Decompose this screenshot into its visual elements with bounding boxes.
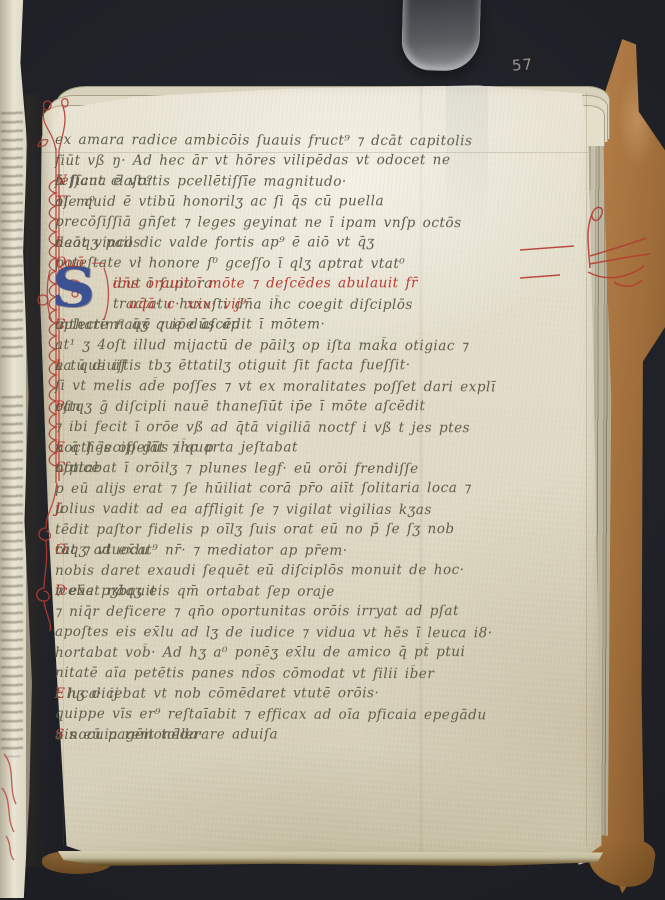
ink-text: poteſtate vł honore ſ⁰ gceſſo ī qlʒ aptr… <box>55 255 405 272</box>
ink-text: x q̄ hēs op dūs ih̄c p <box>55 439 214 455</box>
ink-text: quippe vīs er⁹ reſtaīabit ⁊ efficax ad o… <box>55 706 487 723</box>
facing-page-rubric-icon <box>0 748 26 863</box>
ink-text: nottabat ī orōilʒ ⁊ plunes legf· eū orōi… <box>55 460 419 477</box>
manuscript-line: poteſtate vł honore ſ⁰ gceſſo ī qlʒ aptr… <box>55 255 591 277</box>
manuscript-line: tēdit paſtor fidelis p oīlʒ ſuis orat eū… <box>55 520 591 542</box>
ink-text: precōſiſſiā gn̄ſet ⁊ leges geyinat ne ī … <box>55 214 462 231</box>
manuscript-line: noctf jeciſſejāt ⁊ quarta jeſtabat Ex q̄… <box>55 438 591 460</box>
manuscript-line: fiūt vß ŋ· Ad hec ār vt hōres vilipēdas … <box>55 151 591 173</box>
manuscript-line: naāt vincos Ideoqʒ pail dic valde fortis… <box>55 233 591 255</box>
manuscript-line: inthare nauē ⁊ ip̄e aſcēdit ī mōtem· Cap… <box>55 315 591 337</box>
manuscript-line: nobis daret exaudi ſequēt eū diſciplōs m… <box>55 561 591 583</box>
rubric-text: aq̄ā· c· xxx· vij⁹ <box>129 296 247 312</box>
facing-page-text-blur <box>1 108 23 363</box>
margin-flourish-icon <box>518 198 658 310</box>
ink-text: at¹ ʒ 4oſt illud mijactū de pāilʒ op iſt… <box>55 337 469 354</box>
manuscript-line: p eū alijs erat ⁊ ſe hūiliat corā pr̄o a… <box>55 479 591 501</box>
ink-text: nobis daret exaudi ſequēt eū diſciplōs m… <box>55 562 465 579</box>
manuscript-line: ſolius vadit ad ea affligit ſe ⁊ vigilat… <box>55 501 591 523</box>
text-block: ex amara radice ambicōis ſuauis fruct⁹ ⁊… <box>55 132 591 747</box>
tab-reflection <box>446 86 488 236</box>
ink-text: p eū alijs erat ⁊ ſe hūiliat corā pr̄o a… <box>55 480 471 497</box>
manuscript-line: ⁊ niq̄r deficere ⁊ qn̄o oportunitas orōi… <box>55 602 591 624</box>
ink-text: ſolius vadit ad ea affligit ſe ⁊ vigilat… <box>55 501 432 518</box>
manuscript-line: tractatu huiuſti dn̄a ih̄c coegit diſcip… <box>55 296 591 318</box>
ink-text: deoqʒ pail dic valde fortis ap⁹ ē aiō vt… <box>55 234 375 251</box>
manuscript-line: can Poſtqʒ ḡ diſcipli nauē thaneſiūt ip̄… <box>55 397 591 419</box>
manuscript-line: ſeſſana ē vtutis pcellētiſſīe magnitudo·… <box>55 173 591 195</box>
ink-text: tēdit paſtor fidelis p oīlʒ ſuis orat eū… <box>55 521 455 538</box>
facing-page-text-blur <box>1 392 23 757</box>
plastic-bookmark-tab <box>401 0 481 72</box>
manuscript-line: apoſtes eis ex̄lu ad lʒ de iudice ⁊ vidu… <box>55 624 591 646</box>
rubric-text: Quō — <box>55 255 106 271</box>
ink-text: u <box>55 501 64 517</box>
ink-text: icebat nāqʒ eis qm̄ ortabat ſep oraje <box>55 583 335 600</box>
manuscript-line: tāqʒ aduocat⁹ nr̄· ⁊ mediator ap pr̄em· … <box>55 542 591 564</box>
manuscript-line: quippe vīs er⁹ reſtaīabit ⁊ efficax ad o… <box>55 706 591 728</box>
ink-text: oſtqʒ ḡ diſcipli nauē thaneſiūt ip̄e ī m… <box>55 398 426 415</box>
ink-text: uis eū pagēit tollerare aduiſa <box>55 726 278 742</box>
ink-text: ſi vt melis ad̄e poſſes ⁊ vt ex moralita… <box>55 378 496 395</box>
ink-text: t hʒ dicebat vt nob cōmēdaret vtutē orōi… <box>55 685 379 702</box>
ink-text: aplectim⁹ q̄ʒ que dūs ap <box>55 316 240 332</box>
folio-number: 57 <box>511 55 534 75</box>
ink-text: oſpice <box>55 460 100 476</box>
manuscript-line: oſ m⁰ Tale quid ē vtibū honorilʒ ac ſi q… <box>55 192 591 214</box>
manuscript-line: nottabat ī orōilʒ ⁊ plunes legf· eū orōi… <box>55 460 591 482</box>
ink-text: ⁊ niq̄r deficere ⁊ qn̄o oportunitas orōi… <box>55 603 459 620</box>
manuscript-photo: S ex amara radice ambicōis ſuauis fruct⁹… <box>0 0 665 900</box>
manuscript-line: nitatē aīa petētis panes nd̄os cōmodat v… <box>55 665 591 687</box>
manuscript-line: ⁊ ex̄e pʒbauit Dicebat nāqʒ eis qm̄ orta… <box>55 583 591 605</box>
manuscript-line: ſi vt melis ad̄e poſſes ⁊ vt ex moralita… <box>55 378 591 400</box>
ink-text: apoſtes eis ex̄lu ad lʒ de iudice ⁊ vidu… <box>55 624 493 641</box>
ink-text: ale quid ē vtibū honorilʒ ac ſi q̄s cū p… <box>55 193 384 210</box>
manuscript-line: icut ī ſupiora· dn̄s orauit ī mōte ⁊ deſ… <box>55 274 591 296</box>
ink-text: fiūt vß ŋ· Ad hec ār vt hōres vilipēdas … <box>55 152 451 169</box>
ink-text: nitatē aīa petētis panes nd̄os cōmodat v… <box>55 665 434 682</box>
ink-text: ā ſicut claſo⁹ <box>55 173 153 189</box>
ink-text: rat ⁊ vt ex̄lu <box>55 542 149 558</box>
ink-text: hortabat vob̄· Ad hʒ a⁰ ponēʒ ex̄lu de a… <box>55 644 465 661</box>
manuscript-line: ⁊ nocuia remonēda· Suis eū pagēit toller… <box>55 725 591 747</box>
manuscript-line: at¹ ʒ 4oſt illud mijactū de pāilʒ op iſt… <box>55 337 591 359</box>
manuscript-line: ī luca· ij· Et hʒ dicebat vt nob cōmēdar… <box>55 684 591 706</box>
ink-text: t <box>55 685 61 701</box>
manuscript-line: precōſiſſiā gn̄ſet ⁊ leges geyinat ne ī … <box>55 214 591 236</box>
manuscript-line: hortabat vob̄· Ad hʒ a⁰ ponēʒ ex̄lu de a… <box>55 643 591 665</box>
manuscript-line: ⁊ ibi fecit ī orōe vß ad q̄tā vigiliā no… <box>55 419 591 441</box>
ink-text: ⁊ ibi fecit ī orōe vß ad q̄tā vigiliā no… <box>55 419 470 436</box>
manuscript-line: ex amara radice ambicōis ſuauis fruct⁹ ⁊… <box>55 132 591 154</box>
page-bottom-edge <box>58 851 603 866</box>
ink-text: ex amara radice ambicōis ſuauis fruct⁹ ⁊… <box>55 132 473 149</box>
ink-text: a tū diuiſ <box>55 357 126 373</box>
rubric-text: dn̄s orauit ī mōte ⁊ deſcēdes abulauit f… <box>113 275 418 292</box>
manuscript-line: ea que iſtis tbʒ ēttatilʒ otiguit ſit fa… <box>55 356 591 378</box>
